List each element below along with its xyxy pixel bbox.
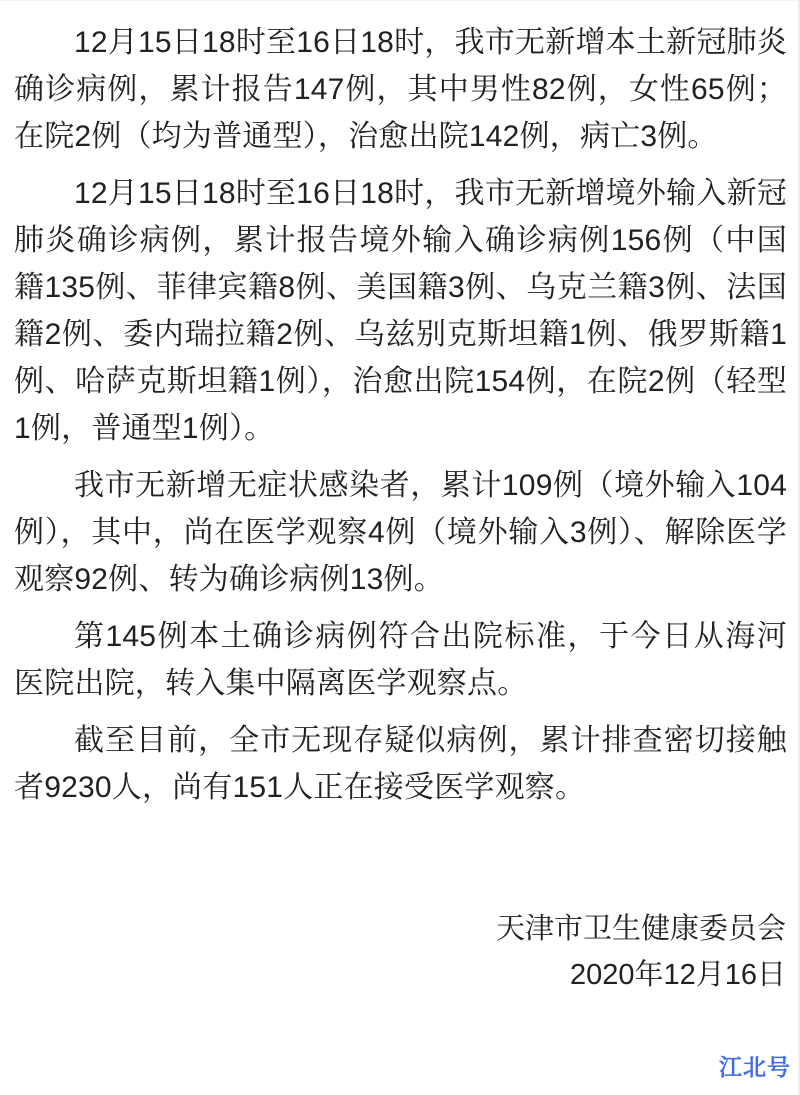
paragraph-close-contacts: 截至目前，全市无现存疑似病例，累计排查密切接触者9230人，尚有151人正在接受…: [14, 717, 787, 811]
jiangbeihao-watermark-logo: 江北号: [719, 1049, 791, 1082]
paragraph-local-confirmed-cases: 12月15日18时至16日18时，我市无新增本土新冠肺炎确诊病例，累计报告147…: [14, 19, 787, 160]
paragraph-asymptomatic-cases: 我市无新增无症状感染者，累计109例（境外输入104例），其中，尚在医学观察4例…: [14, 462, 787, 603]
paragraph-case-145-discharge: 第145例本土确诊病例符合出院标准，于今日从海河医院出院，转入集中隔离医学观察点…: [14, 613, 787, 707]
signature-organization: 天津市卫生健康委员会: [14, 906, 786, 952]
signature-block: 天津市卫生健康委员会 2020年12月16日: [14, 906, 787, 998]
signature-date: 2020年12月16日: [14, 952, 786, 998]
document-page: 12月15日18时至16日18时，我市无新增本土新冠肺炎确诊病例，累计报告147…: [0, 1, 798, 998]
paragraph-imported-confirmed-cases: 12月15日18时至16日18时，我市无新增境外输入新冠肺炎确诊病例，累计报告境…: [14, 170, 787, 452]
